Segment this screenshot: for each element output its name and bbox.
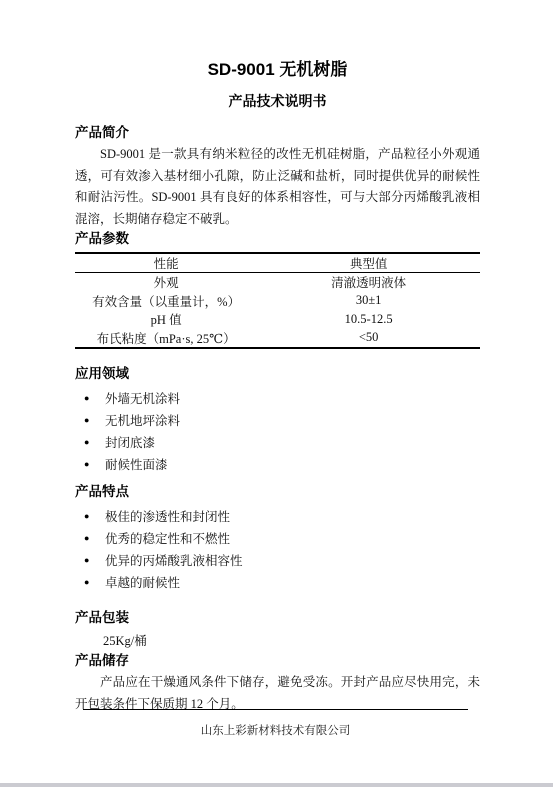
bullet-icon: ● [84,387,105,409]
bullet-icon: ● [84,571,105,593]
page-footer: 山东上彩新材料技术有限公司 [83,709,468,738]
list-item: ● 耐候性面漆 [75,453,480,475]
list-item-label: 封闭底漆 [105,433,155,451]
bullet-icon: ● [84,549,105,571]
table-row: pH 值 10.5-12.5 [75,310,480,329]
table-row: 有效含量（以重量计，%） 30±1 [75,292,480,311]
list-item-label: 优异的丙烯酸乳液相容性 [105,551,243,569]
bullet-icon: ● [84,505,105,527]
page-bottom-edge [0,783,553,787]
section-heading-parameters: 产品参数 [75,230,480,247]
bullet-icon: ● [84,527,105,549]
list-item-label: 无机地坪涂料 [105,411,180,429]
section-features: 产品特点 ● 极佳的渗透性和封闭性 ● 优秀的稳定性和不燃性 ● 优异的丙烯酸乳… [75,483,480,593]
list-item: ● 卓越的耐候性 [75,571,480,593]
table-row: 布氏粘度（mPa·s, 25℃） <50 [75,329,480,349]
section-packaging: 产品包装 25Kg/桶 [75,609,480,650]
list-item-label: 耐候性面漆 [105,455,168,473]
section-heading-applications: 应用领域 [75,365,480,382]
bullet-icon: ● [84,431,105,453]
applications-list: ● 外墙无机涂料 ● 无机地坪涂料 ● 封闭底漆 ● 耐候性面漆 [75,387,480,475]
list-item-label: 优秀的稳定性和不燃性 [105,529,230,547]
section-intro: 产品简介 SD-9001 是一款具有纳米粒径的改性无机硅树脂，产品粒径小外观通透… [75,124,480,230]
table-header-row: 性能 典型值 [75,253,480,273]
param-name: 有效含量（以重量计，%） [75,292,257,311]
features-list: ● 极佳的渗透性和封闭性 ● 优秀的稳定性和不燃性 ● 优异的丙烯酸乳液相容性 … [75,505,480,593]
param-name: 外观 [75,273,257,292]
list-item: ● 极佳的渗透性和封闭性 [75,505,480,527]
intro-paragraph: SD-9001 是一款具有纳米粒径的改性无机硅树脂，产品粒径小外观通透，可有效渗… [75,144,480,230]
document-page: SD-9001 无机树脂 产品技术说明书 产品简介 SD-9001 是一款具有纳… [0,0,553,787]
column-header-performance: 性能 [75,253,257,273]
section-heading-storage: 产品储存 [75,652,480,669]
section-heading-features: 产品特点 [75,483,480,500]
column-header-typical-value: 典型值 [257,253,480,273]
section-parameters: 产品参数 性能 典型值 外观 清澈透明液体 有效含量（以重量计，%） [75,230,480,349]
list-item: ● 优异的丙烯酸乳液相容性 [75,549,480,571]
param-value: 清澈透明液体 [257,273,480,292]
bullet-icon: ● [84,453,105,475]
section-storage: 产品储存 产品应在干燥通风条件下储存，避免受冻。开封产品应尽快用完，未开包装条件… [75,652,480,715]
list-item: ● 优秀的稳定性和不燃性 [75,527,480,549]
bullet-icon: ● [84,409,105,431]
parameters-table: 性能 典型值 外观 清澈透明液体 有效含量（以重量计，%） 30±1 pH 值 [75,252,480,349]
section-heading-intro: 产品简介 [75,124,480,141]
list-item: ● 无机地坪涂料 [75,409,480,431]
param-value: <50 [257,329,480,349]
table-row: 外观 清澈透明液体 [75,273,480,292]
list-item: ● 封闭底漆 [75,431,480,453]
list-item-label: 极佳的渗透性和封闭性 [105,507,230,525]
list-item-label: 卓越的耐候性 [105,573,180,591]
section-applications: 应用领域 ● 外墙无机涂料 ● 无机地坪涂料 ● 封闭底漆 ● 耐候性面漆 [75,365,480,475]
param-value: 10.5-12.5 [257,310,480,329]
footer-company-name: 山东上彩新材料技术有限公司 [83,722,468,738]
doc-title: SD-9001 无机树脂 [75,0,480,82]
doc-subtitle: 产品技术说明书 [75,91,480,111]
document-content: SD-9001 无机树脂 产品技术说明书 产品简介 SD-9001 是一款具有纳… [75,0,480,715]
param-name: pH 值 [75,310,257,329]
list-item-label: 外墙无机涂料 [105,389,180,407]
param-name: 布氏粘度（mPa·s, 25℃） [75,329,257,349]
packaging-value: 25Kg/桶 [103,632,480,650]
param-value: 30±1 [257,292,480,311]
section-heading-packaging: 产品包装 [75,609,480,626]
list-item: ● 外墙无机涂料 [75,387,480,409]
